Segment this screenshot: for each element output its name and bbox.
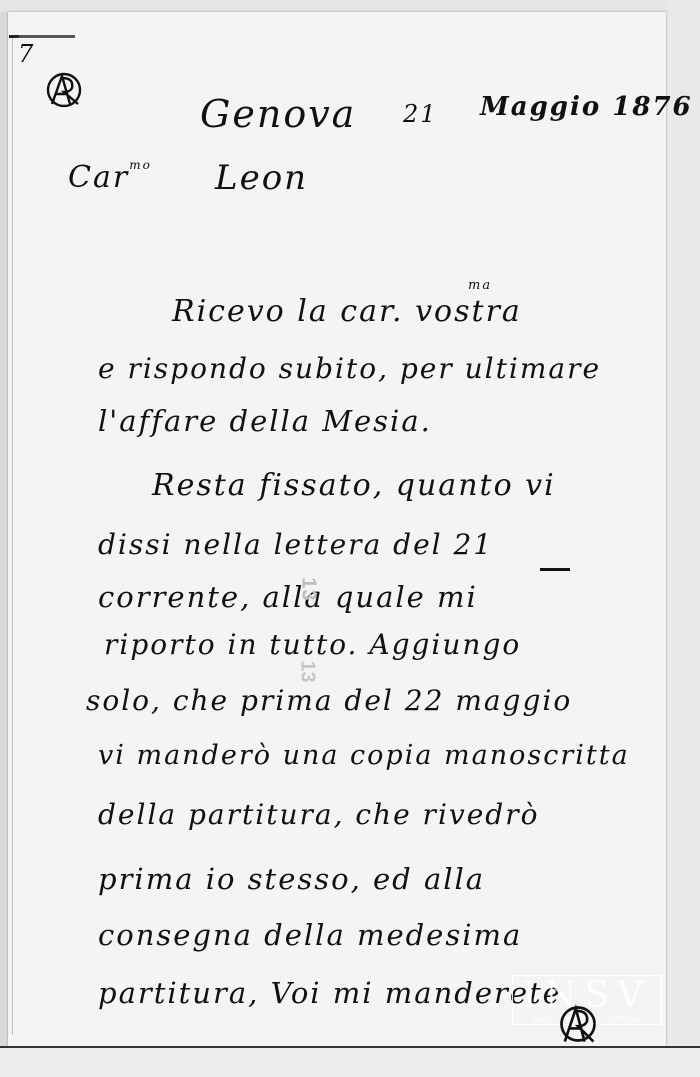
underline-21 bbox=[540, 568, 570, 571]
folio-number: 7 bbox=[18, 40, 33, 68]
body-line-5: dissi nella lettera del 21 bbox=[98, 528, 493, 561]
body-line-11: prima io stesso, ed alla bbox=[98, 862, 485, 896]
body-line-1: Ricevo la car. vostra bbox=[172, 294, 522, 329]
left-margin-line bbox=[12, 35, 13, 1035]
salutation-name: Leon bbox=[215, 158, 308, 198]
body-line-2: e rispondo subito, per ultimare bbox=[98, 352, 601, 385]
body-line-4: Resta fissato, quanto vi bbox=[152, 468, 556, 503]
scan-bottom-edge bbox=[0, 1046, 700, 1077]
body-line-8: solo, che prima del 22 maggio bbox=[86, 684, 572, 717]
body-line-7: riporto in tutto. Aggiungo bbox=[104, 628, 521, 661]
bleed-through-number-2: 13 bbox=[296, 660, 319, 682]
corner-tab-mark bbox=[9, 35, 75, 38]
archive-stamp-bottom-icon bbox=[556, 1002, 600, 1046]
archive-stamp-icon bbox=[44, 70, 84, 110]
scan-top-edge bbox=[0, 0, 700, 12]
monogram-icon bbox=[556, 1002, 600, 1046]
salutation-title-text: Car bbox=[68, 160, 129, 195]
letter-place: Genova bbox=[200, 92, 356, 136]
body-line-9: vi manderò una copia manoscritta bbox=[98, 740, 630, 771]
bleed-through-number: 13 bbox=[297, 577, 320, 601]
body-line-3: l'affare della Mesia. bbox=[98, 404, 432, 438]
scan-right-edge bbox=[666, 0, 700, 1077]
letter-day: 21 bbox=[403, 100, 438, 128]
body-line-13: partitura, Voi mi manderete bbox=[98, 976, 562, 1010]
body-line-12: consegna della medesima bbox=[98, 918, 522, 952]
salutation-superscript: mo bbox=[129, 158, 152, 172]
superscript-over-car: ma bbox=[468, 278, 492, 293]
letter-month-year: Maggio 1876 bbox=[480, 92, 693, 122]
salutation-title: Carmo bbox=[68, 160, 152, 195]
body-line-10: della partitura, che rivedrò bbox=[98, 798, 539, 831]
monogram-icon bbox=[44, 70, 84, 110]
body-line-6: corrente, alla quale mi bbox=[98, 580, 478, 614]
body-line-5-text: dissi nella lettera del 21 bbox=[98, 528, 493, 561]
